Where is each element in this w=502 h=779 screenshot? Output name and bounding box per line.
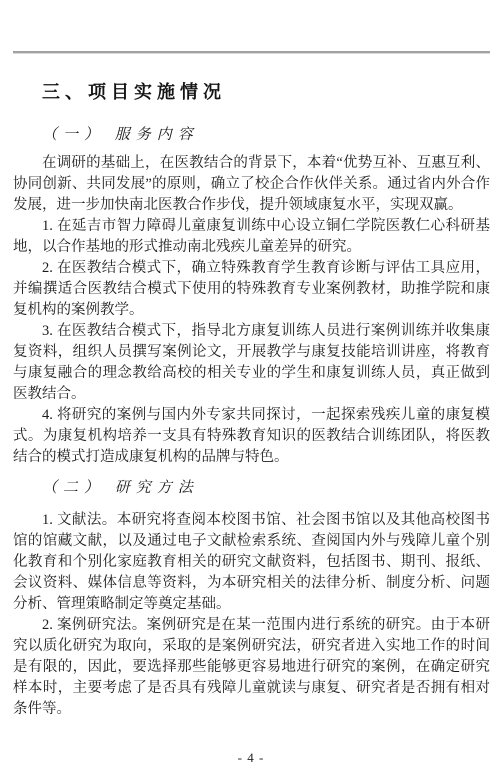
subheading-service-content: （一） 服务内容 [13,125,490,145]
page-number: - 4 - [0,750,502,766]
paragraph-item-3: 3. 在医教结合模式下，指导北方康复训练人员进行案例训练并收集康复资料，组织人员… [13,321,490,405]
paragraph-item-2: 2. 在医教结合模式下，确立特殊教育学生教育诊断与评估工具应用，并编撰适合医教结… [13,258,490,321]
paragraph-method-2: 2. 案例研究法。案例研究是在某一范围内进行系统的研究。由于本研究以质化研究为取… [13,615,490,720]
research-methods-body: 1. 文献法。本研究将查阅本校图书馆、社会图书馆以及其他高校图书馆的馆藏文献，以… [13,510,490,720]
paragraph-intro: 在调研的基础上，在医教结合的背景下，本着“优势互补、互惠互利、协同创新、共同发展… [13,153,490,216]
service-content-body: 在调研的基础上，在医教结合的背景下，本着“优势互补、互惠互利、协同创新、共同发展… [13,153,490,468]
document-page: 三、项目实施情况 （一） 服务内容 在调研的基础上，在医教结合的背景下，本着“优… [0,0,502,779]
paragraph-method-1: 1. 文献法。本研究将查阅本校图书馆、社会图书馆以及其他高校图书馆的馆藏文献，以… [13,510,490,615]
section-heading: 三、项目实施情况 [13,81,490,103]
paragraph-item-1: 1. 在延吉市智力障碍儿童康复训练中心设立铜仁学院医教仁心科研基地，以合作基地的… [13,216,490,258]
paragraph-item-4: 4. 将研究的案例与国内外专家共同探讨，一起探索残疾儿童的康复模式。为康复机构培… [13,405,490,468]
header-rule [13,51,490,54]
subheading-research-methods: （二） 研究方法 [13,478,490,498]
